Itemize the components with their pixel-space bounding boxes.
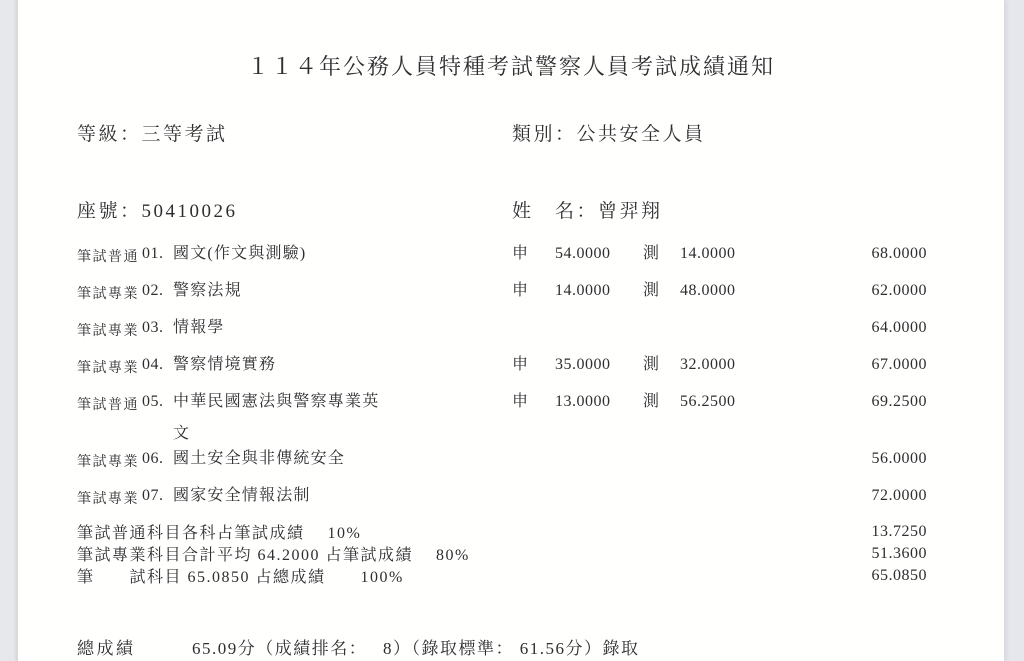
subject-name: 國文(作文與測驗) [173, 245, 306, 262]
subject-number: 02. [142, 281, 173, 301]
score-table: 筆試普通 01.國文(作文與測驗) 申54.0000測14.0000 68.00… [18, 239, 1004, 518]
score-row: 筆試專業 02.警察法規 申14.0000測48.0000 62.0000 [18, 276, 1004, 313]
summary-row: 筆試專業科目合計平均 64.2000 占筆試成績 80% 51.3600 [18, 542, 1004, 564]
summary-row: 筆試普通科目各科占筆試成績 10% 13.7250 [18, 520, 1004, 542]
subject-number: 04. [142, 355, 173, 375]
component-scores [512, 481, 782, 506]
grade-category-row: 等級：三等考試 類別：公共安全人員 [18, 119, 1004, 146]
exam-type-label: 筆試專業 [77, 276, 142, 303]
exam-type-label: 筆試專業 [77, 481, 142, 508]
component-scores [512, 444, 782, 469]
subject-name: 國家安全情報法制 [173, 487, 311, 504]
essay-label: 申 [512, 245, 528, 262]
subject-total-score: 69.2500 [782, 387, 927, 412]
essay-label: 申 [512, 393, 528, 410]
summary-value: 13.7250 [872, 523, 928, 541]
subject-cell: 03.情報學 [142, 313, 512, 350]
subject-name: 情報學 [173, 319, 225, 336]
component-scores: 申54.0000測14.0000 [512, 239, 782, 264]
subject-number: 05. [142, 392, 173, 412]
subject-total-score: 56.0000 [782, 444, 927, 469]
subject-total-score: 67.0000 [782, 350, 927, 375]
essay-label: 申 [512, 282, 528, 299]
subject-cell: 06.國土安全與非傳統安全 [142, 444, 512, 481]
test-label: 測 [643, 393, 659, 410]
subject-total-score: 64.0000 [782, 313, 927, 338]
subject-number: 03. [142, 318, 173, 338]
subject-name: 中華民國憲法與警察專業英 [173, 393, 379, 410]
subject-name: 警察情境實務 [173, 356, 276, 373]
summary-text: 筆試普通科目各科占筆試成績 10% [77, 520, 872, 543]
summary-row: 筆 試科目 65.0850 占總成績 100% 65.0850 [18, 564, 1004, 586]
test-label: 測 [643, 245, 659, 262]
exam-type-label: 筆試普通 [77, 239, 142, 266]
subject-name: 警察法規 [173, 282, 242, 299]
summary-value: 65.0850 [872, 567, 928, 585]
exam-type-label: 筆試專業 [77, 350, 142, 377]
test-label: 測 [643, 282, 659, 299]
subject-total-score: 72.0000 [782, 481, 927, 506]
essay-score: 14.0000 [555, 281, 643, 301]
test-score: 32.0000 [680, 355, 736, 375]
test-score: 14.0000 [680, 244, 736, 264]
score-row: 筆試專業 04.警察情境實務 申35.0000測32.0000 67.0000 [18, 350, 1004, 387]
score-row: 筆試專業 03.情報學 64.0000 [18, 313, 1004, 350]
subject-cell: 05.中華民國憲法與警察專業英文 [142, 387, 512, 444]
component-scores: 申14.0000測48.0000 [512, 276, 782, 301]
subject-cell: 02.警察法規 [142, 276, 512, 313]
essay-score: 54.0000 [555, 244, 643, 264]
test-label: 測 [643, 356, 659, 373]
score-summary: 筆試普通科目各科占筆試成績 10% 13.7250 筆試專業科目合計平均 64.… [18, 520, 1004, 586]
score-notice-document: １１４年公務人員特種考試警察人員考試成績通知 等級：三等考試 類別：公共安全人員… [16, 0, 1004, 661]
subject-cell: 07.國家安全情報法制 [142, 481, 512, 518]
component-scores: 申13.0000測56.2500 [512, 387, 782, 412]
total-score-row: 總成績 65.09分（成績排名： 8）（錄取標準： 61.56分）錄取 [18, 634, 1004, 659]
subject-cell: 04.警察情境實務 [142, 350, 512, 387]
total-score-text: 65.09分（成績排名： 8）（錄取標準： 61.56分）錄取 [192, 634, 640, 659]
score-row: 筆試普通 05.中華民國憲法與警察專業英文 申13.0000測56.2500 6… [18, 387, 1004, 444]
summary-value: 51.3600 [872, 545, 928, 563]
exam-category: 類別：公共安全人員 [512, 119, 706, 146]
subject-total-score: 68.0000 [782, 239, 927, 264]
candidate-name: 姓 名：曾羿翔 [512, 196, 663, 223]
score-row: 筆試專業 06.國土安全與非傳統安全 56.0000 [18, 444, 1004, 481]
test-score: 56.2500 [680, 392, 736, 412]
component-scores [512, 313, 782, 338]
test-score: 48.0000 [680, 281, 736, 301]
essay-score: 13.0000 [555, 392, 643, 412]
summary-text: 筆試專業科目合計平均 64.2000 占筆試成績 80% [77, 542, 872, 565]
essay-label: 申 [512, 356, 528, 373]
component-scores: 申35.0000測32.0000 [512, 350, 782, 375]
subject-name-wrap: 文 [173, 424, 512, 444]
exam-type-label: 筆試專業 [77, 444, 142, 471]
subject-number: 06. [142, 449, 173, 469]
total-score-label: 總成績 [77, 634, 192, 659]
seat-name-row: 座號：50410026 姓 名：曾羿翔 [18, 196, 1004, 223]
exam-type-label: 筆試普通 [77, 387, 142, 414]
exam-type-label: 筆試專業 [77, 313, 142, 340]
seat-number: 座號：50410026 [77, 196, 512, 223]
summary-text: 筆 試科目 65.0850 占總成績 100% [77, 564, 872, 587]
score-row: 筆試普通 01.國文(作文與測驗) 申54.0000測14.0000 68.00… [18, 239, 1004, 276]
document-title: １１４年公務人員特種考試警察人員考試成績通知 [18, 50, 1004, 81]
subject-name: 國土安全與非傳統安全 [173, 450, 345, 467]
subject-cell: 01.國文(作文與測驗) [142, 239, 512, 276]
subject-number: 01. [142, 244, 173, 264]
subject-total-score: 62.0000 [782, 276, 927, 301]
subject-number: 07. [142, 486, 173, 506]
score-row: 筆試專業 07.國家安全情報法制 72.0000 [18, 481, 1004, 518]
essay-score: 35.0000 [555, 355, 643, 375]
exam-grade: 等級：三等考試 [77, 119, 512, 146]
